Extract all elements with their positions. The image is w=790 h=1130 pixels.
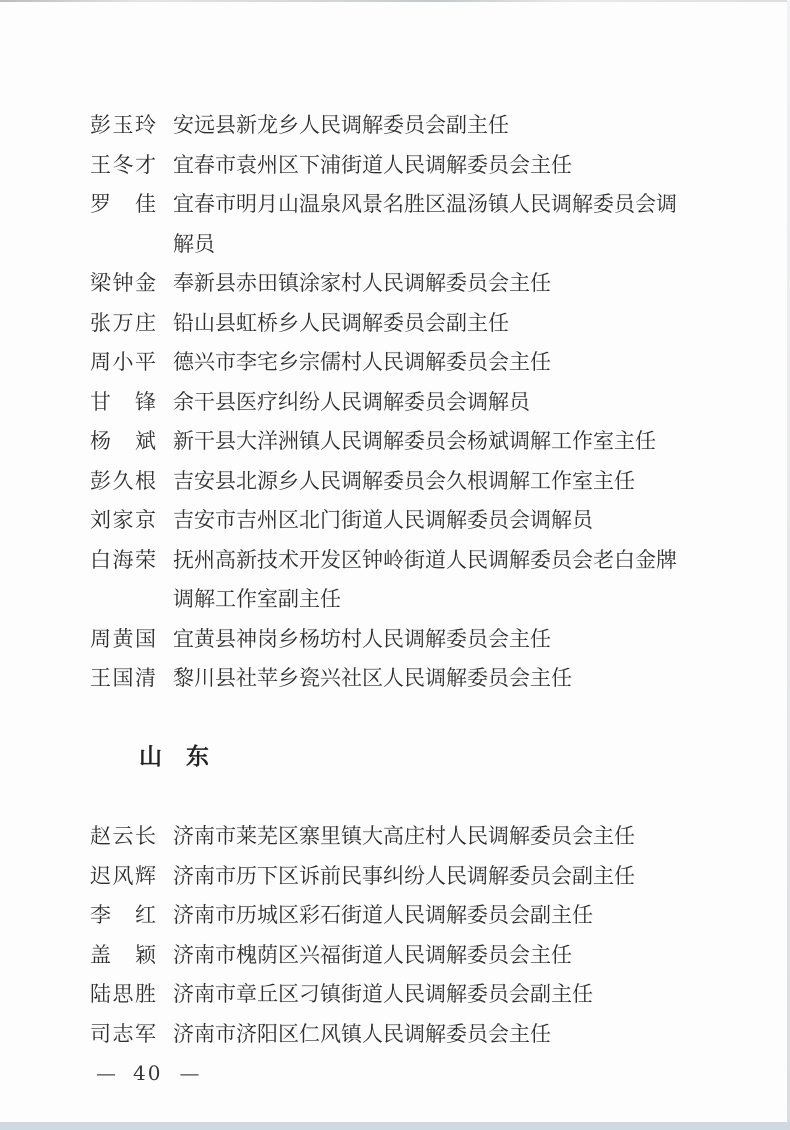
person-name: 杨 斌 <box>90 422 173 462</box>
person-name: 罗 佳 <box>90 185 173 225</box>
person-name: 周小平 <box>90 343 173 383</box>
list-item: 杨 斌 新干县大洋洲镇人民调解委员会杨斌调解工作室主任 <box>0 422 790 462</box>
list-item: 王国清 黎川县社苹乡瓷兴社区人民调解委员会主任 <box>0 659 790 699</box>
page-content: 彭玉玲 安远县新龙乡人民调解委员会副主任 王冬才 宜春市袁州区下浦街道人民调解委… <box>0 106 790 1094</box>
person-title: 济南市历城区彩石街道人民调解委员会副主任 <box>173 896 685 936</box>
person-title: 吉安市吉州区北门街道人民调解委员会调解员 <box>173 501 685 541</box>
person-name: 司志军 <box>90 1015 173 1055</box>
person-name: 周黄国 <box>90 620 173 660</box>
page-top-edge <box>0 0 790 2</box>
person-title: 奉新县赤田镇涂家村人民调解委员会主任 <box>173 264 685 304</box>
document-page: 彭玉玲 安远县新龙乡人民调解委员会副主任 王冬才 宜春市袁州区下浦街道人民调解委… <box>0 0 790 1130</box>
list-item: 盖 颖 济南市槐荫区兴福街道人民调解委员会主任 <box>0 936 790 976</box>
person-title: 济南市历下区诉前民事纠纷人民调解委员会副主任 <box>173 857 685 897</box>
person-name: 迟风辉 <box>90 857 173 897</box>
list-item: 李 红 济南市历城区彩石街道人民调解委员会副主任 <box>0 896 790 936</box>
list-item: 刘家京 吉安市吉州区北门街道人民调解委员会调解员 <box>0 501 790 541</box>
person-name: 彭久根 <box>90 462 173 502</box>
list-item: 迟风辉 济南市历下区诉前民事纠纷人民调解委员会副主任 <box>0 857 790 897</box>
section-heading-label: 山 东 <box>139 744 210 770</box>
list-item: 彭久根 吉安县北源乡人民调解委员会久根调解工作室主任 <box>0 462 790 502</box>
person-title: 宜春市袁州区下浦街道人民调解委员会主任 <box>173 146 685 186</box>
list-item: 司志军 济南市济阳区仁风镇人民调解委员会主任 <box>0 1015 790 1055</box>
list-item: 陆思胜 济南市章丘区刁镇街道人民调解委员会副主任 <box>0 975 790 1015</box>
person-title: 济南市章丘区刁镇街道人民调解委员会副主任 <box>173 975 685 1015</box>
list-item: 赵云长 济南市莱芜区寨里镇大高庄村人民调解委员会主任 <box>0 817 790 857</box>
person-name: 王国清 <box>90 659 173 699</box>
list-item: 周小平 德兴市李宅乡宗儒村人民调解委员会主任 <box>0 343 790 383</box>
person-title: 济南市济阳区仁风镇人民调解委员会主任 <box>173 1015 685 1055</box>
list-item: 王冬才 宜春市袁州区下浦街道人民调解委员会主任 <box>0 146 790 186</box>
list-item: 白海荣 抚州高新技术开发区钟岭街道人民调解委员会老白金牌调解工作室副主任 <box>0 541 790 620</box>
person-title: 安远县新龙乡人民调解委员会副主任 <box>173 106 685 146</box>
person-name: 梁钟金 <box>90 264 173 304</box>
list-item: 罗 佳 宜春市明月山温泉风景名胜区温汤镇人民调解委员会调解员 <box>0 185 790 264</box>
person-name: 赵云长 <box>90 817 173 857</box>
list-item: 周黄国 宜黄县神岗乡杨坊村人民调解委员会主任 <box>0 620 790 660</box>
list-item: 张万庄 铅山县虹桥乡人民调解委员会副主任 <box>0 304 790 344</box>
person-name: 王冬才 <box>90 146 173 186</box>
page-bottom-edge <box>0 1122 790 1130</box>
person-name: 刘家京 <box>90 501 173 541</box>
person-title: 新干县大洋洲镇人民调解委员会杨斌调解工作室主任 <box>173 422 685 462</box>
person-name: 李 红 <box>90 896 173 936</box>
person-name: 白海荣 <box>90 541 173 581</box>
person-title: 济南市槐荫区兴福街道人民调解委员会主任 <box>173 936 685 976</box>
person-name: 盖 颖 <box>90 936 173 976</box>
person-title: 宜黄县神岗乡杨坊村人民调解委员会主任 <box>173 620 685 660</box>
footer-dash-left: — <box>96 1061 116 1085</box>
person-title: 济南市莱芜区寨里镇大高庄村人民调解委员会主任 <box>173 817 685 857</box>
list-item: 甘 锋 余干县医疗纠纷人民调解委员会调解员 <box>0 383 790 423</box>
list-item: 梁钟金 奉新县赤田镇涂家村人民调解委员会主任 <box>0 264 790 304</box>
person-name: 张万庄 <box>90 304 173 344</box>
person-name: 陆思胜 <box>90 975 173 1015</box>
person-name: 彭玉玲 <box>90 106 173 146</box>
section-heading-shandong: 山 东 <box>0 699 790 818</box>
person-name: 甘 锋 <box>90 383 173 423</box>
person-title: 余干县医疗纠纷人民调解委员会调解员 <box>173 383 685 423</box>
person-title: 黎川县社苹乡瓷兴社区人民调解委员会主任 <box>173 659 685 699</box>
person-title: 铅山县虹桥乡人民调解委员会副主任 <box>173 304 685 344</box>
person-title: 宜春市明月山温泉风景名胜区温汤镇人民调解委员会调解员 <box>173 185 685 264</box>
person-title: 德兴市李宅乡宗儒村人民调解委员会主任 <box>173 343 685 383</box>
person-title: 吉安县北源乡人民调解委员会久根调解工作室主任 <box>173 462 685 502</box>
page-footer: —40— <box>0 1054 790 1094</box>
footer-dash-right: — <box>179 1061 199 1085</box>
list-item: 彭玉玲 安远县新龙乡人民调解委员会副主任 <box>0 106 790 146</box>
page-number: 40 <box>133 1054 162 1094</box>
person-title: 抚州高新技术开发区钟岭街道人民调解委员会老白金牌调解工作室副主任 <box>173 541 685 620</box>
